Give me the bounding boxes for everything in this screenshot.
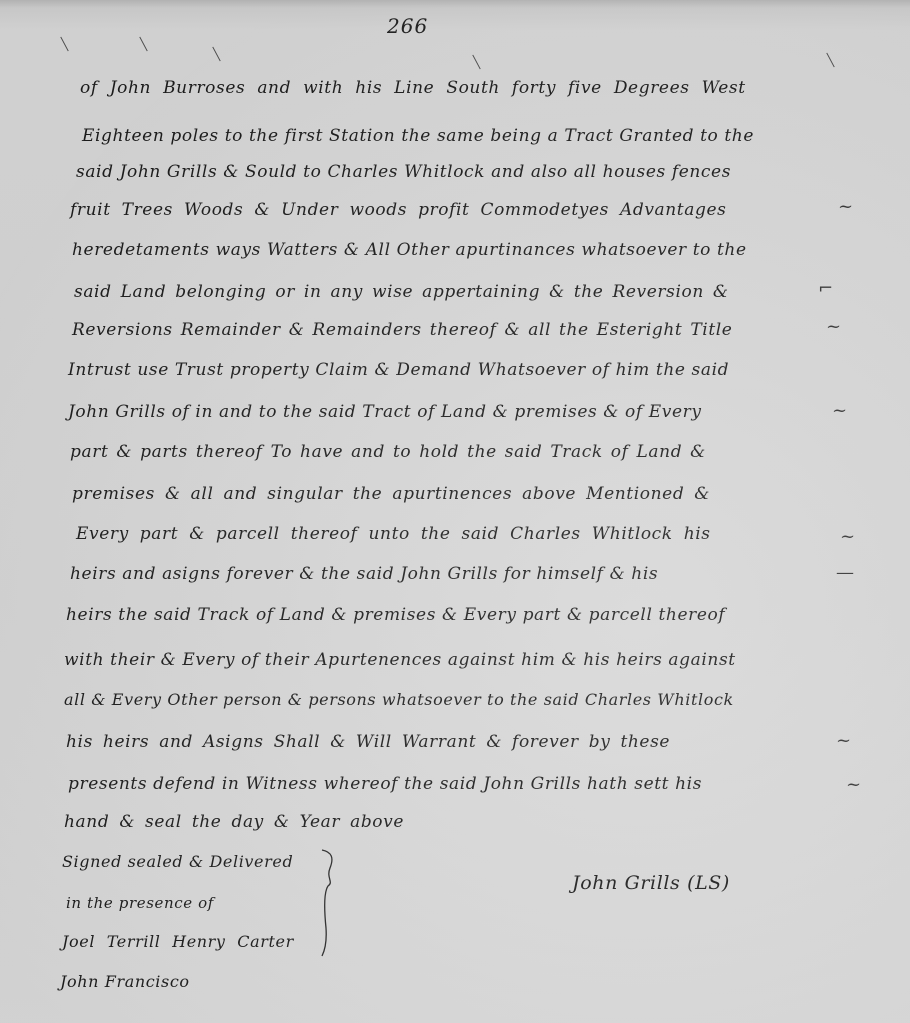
body-line: all & Every Other person & persons whats… [64, 690, 734, 709]
witness-names: John Francisco [60, 972, 190, 991]
line-flourish: ~ [836, 730, 851, 751]
witness-names: Joel Terrill Henry Carter [62, 932, 294, 951]
document-page: 266 of John Burroses and with his Line S… [0, 0, 910, 1023]
body-line: Every part & parcell thereof unto the sa… [76, 524, 711, 544]
body-line: fruit Trees Woods & Under woods profit C… [70, 200, 726, 220]
signature-name: John Grills [572, 872, 680, 894]
scan-mark [826, 53, 834, 68]
body-line: part & parts thereof To have and to hold… [70, 442, 706, 462]
signature: John Grills (LS) [572, 872, 730, 894]
line-flourish: — [836, 562, 854, 583]
line-flourish: ~ [826, 316, 841, 337]
body-line: of John Burroses and with his Line South… [80, 78, 746, 98]
body-line: Reversions Remainder & Remainders thereo… [72, 320, 732, 340]
line-flourish: ~ [846, 774, 861, 795]
body-line: hand & seal the day & Year above [64, 812, 404, 832]
body-line: premises & all and singular the apurtine… [72, 484, 710, 504]
attestation-line: in the presence of [66, 894, 214, 912]
body-line: John Grills of in and to the said Tract … [68, 402, 702, 422]
scan-mark [60, 37, 68, 52]
body-line: his heirs and Asigns Shall & Will Warran… [66, 732, 670, 752]
seal-mark: (LS) [687, 872, 730, 894]
scan-mark [139, 37, 147, 52]
attestation-line: Signed sealed & Delivered [62, 852, 293, 871]
body-line: heirs and asigns forever & the said John… [70, 564, 658, 584]
scan-mark [472, 55, 480, 70]
body-line: said John Grills & Sould to Charles Whit… [76, 162, 731, 182]
line-flourish: ~ [840, 526, 855, 547]
body-line: Intrust use Trust property Claim & Deman… [68, 360, 729, 380]
scan-mark [212, 47, 220, 62]
body-line: presents defend in Witness whereof the s… [68, 774, 702, 794]
body-line: Eighteen poles to the first Station the … [82, 126, 754, 146]
body-line: heredetaments ways Watters & All Other a… [72, 240, 747, 260]
body-line: heirs the said Track of Land & premises … [66, 605, 725, 625]
line-flourish: ⌐ [818, 278, 833, 299]
body-line: with their & Every of their Apurtenences… [64, 650, 736, 670]
bracket-brace [318, 848, 338, 958]
body-line: said Land belonging or in any wise apper… [74, 282, 729, 302]
page-number: 266 [387, 14, 428, 38]
line-flourish: ~ [838, 196, 853, 217]
line-flourish: ~ [832, 400, 847, 421]
